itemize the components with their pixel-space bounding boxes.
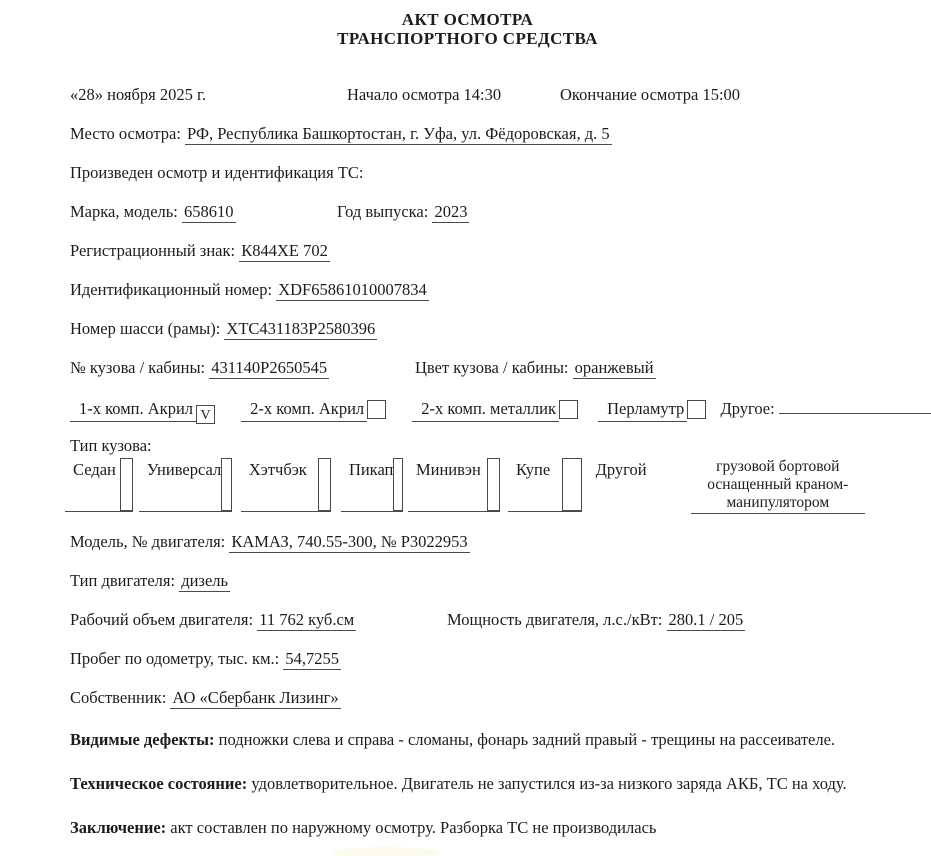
date-row: «28» ноября 2025 г. Начало осмотра 14:30… — [70, 85, 865, 105]
bottom-photo-edge-artifact — [332, 847, 440, 856]
paint-option-metallic-2k: 2-х комп. металлик — [412, 398, 578, 422]
body-type-other-value: грузовой бортовой оснащенный краном- ман… — [691, 458, 865, 514]
paint-option-label: 1-х комп. Акрил — [70, 398, 196, 422]
vehicle-inspection-act-document: АКТ ОСМОТРА ТРАНСПОРТНОГО СРЕДСТВА «28» … — [0, 0, 931, 856]
body-type-option-label: Универсал — [139, 458, 221, 511]
year-pair: Год выпуска: 2023 — [337, 202, 469, 222]
paint-option-pearl: Перламутр — [598, 398, 706, 422]
chassis-value: XTC431183P2580396 — [224, 319, 377, 340]
paint-option-label: 2-х комп. Акрил — [241, 398, 367, 422]
owner-value: АО «Сбербанк Лизинг» — [170, 688, 340, 709]
body-type-cell-pickup: Пикап — [341, 458, 403, 512]
color-label: Цвет кузова / кабины: — [415, 358, 569, 377]
make-year-row: Марка, модель: 658610 Год выпуска: 2023 — [70, 202, 865, 222]
defects-text: подножки слева и справа - сломаны, фонар… — [219, 730, 835, 749]
paint-option-label: 2-х комп. металлик — [412, 398, 559, 422]
body-type-cell-coupe: Купе — [508, 458, 582, 512]
chassis-label: Номер шасси (рамы): — [70, 319, 220, 338]
color-value: оранжевый — [573, 358, 656, 379]
body-number-label: № кузова / кабины: — [70, 358, 205, 377]
engine-power-label: Мощность двигателя, л.с./кВт: — [447, 610, 662, 629]
paint-checkbox-acryl-1k[interactable]: V — [196, 405, 215, 424]
paint-other-blank-field[interactable] — [779, 397, 931, 414]
body-type-checkbox-minivan[interactable] — [487, 458, 500, 511]
mileage-value: 54,7255 — [283, 649, 341, 670]
checkmark: V — [200, 408, 210, 423]
conclusion-text: акт составлен по наружному осмотру. Разб… — [170, 818, 656, 837]
body-type-label: Тип кузова: — [70, 436, 865, 456]
make-value: 658610 — [182, 202, 236, 223]
engine-power-pair: Мощность двигателя, л.с./кВт: 280.1 / 20… — [447, 610, 745, 630]
paint-option-acryl-1k: 1-х комп. АкрилV — [70, 398, 215, 424]
other-value-line-3: манипулятором — [726, 494, 829, 511]
reg-row: Регистрационный знак: К844ХЕ 702 — [70, 241, 865, 261]
reg-value: К844ХЕ 702 — [239, 241, 330, 262]
vin-value: XDF65861010007834 — [276, 280, 429, 301]
inspection-date: «28» ноября 2025 г. — [70, 85, 206, 104]
body-type-option-label: Седан — [65, 458, 116, 511]
vin-label: Идентификационный номер: — [70, 280, 272, 299]
defects-paragraph: Видимые дефекты: подножки слева и справа… — [70, 727, 865, 753]
engine-type-row: Тип двигателя: дизель — [70, 571, 865, 591]
paint-checkbox-pearl[interactable] — [687, 400, 706, 419]
other-value-line-2: оснащенный краном- — [707, 476, 848, 493]
place-label: Место осмотра: — [70, 124, 181, 143]
body-type-checkbox-sedan[interactable] — [120, 458, 133, 511]
body-number-value: 431140P2650545 — [209, 358, 329, 379]
paint-checkbox-metallic-2k[interactable] — [559, 400, 578, 419]
engine-type-label: Тип двигателя: — [70, 571, 175, 590]
document-title: АКТ ОСМОТРА ТРАНСПОРТНОГО СРЕДСТВА — [70, 10, 865, 48]
condition-text: удовлетворительное. Двигатель не запусти… — [251, 774, 846, 793]
paint-other-label: Другое: — [720, 399, 774, 418]
vin-row: Идентификационный номер: XDF658610100078… — [70, 280, 865, 300]
body-type-option-label: Хэтчбэк — [241, 458, 307, 511]
place-value: РФ, Республика Башкортостан, г. Уфа, ул.… — [185, 124, 612, 145]
body-type-checkbox-hatchback[interactable] — [318, 458, 331, 511]
paint-checkbox-acryl-2k[interactable] — [367, 400, 386, 419]
chassis-row: Номер шасси (рамы): XTC431183P2580396 — [70, 319, 865, 339]
body-type-checkbox-pickup[interactable] — [393, 458, 403, 511]
body-type-option-label: Минивэн — [408, 458, 481, 511]
body-type-option-label: Пикап — [341, 458, 393, 511]
title-line-1: АКТ ОСМОТРА — [70, 10, 865, 29]
body-type-checkbox-wagon[interactable] — [221, 458, 232, 511]
mileage-row: Пробег по одометру, тыс. км.: 54,7255 — [70, 649, 865, 669]
place-row: Место осмотра: РФ, Республика Башкортост… — [70, 124, 865, 144]
body-type-option-label: Купе — [508, 458, 550, 511]
body-number-row: № кузова / кабины: 431140P2650545 Цвет к… — [70, 358, 865, 378]
conclusion-label: Заключение: — [70, 818, 166, 837]
engine-model-row: Модель, № двигателя: КАМАЗ, 740.55-300, … — [70, 532, 865, 552]
reg-label: Регистрационный знак: — [70, 241, 235, 260]
color-pair: Цвет кузова / кабины: оранжевый — [415, 358, 656, 378]
defects-label: Видимые дефекты: — [70, 730, 215, 749]
inspection-end-time: Окончание осмотра 15:00 — [560, 85, 740, 105]
paint-option-label: Перламутр — [598, 398, 687, 422]
year-label: Год выпуска: — [337, 202, 428, 221]
paint-type-row: 1-х комп. АкрилV 2-х комп. Акрил 2-х ком… — [70, 397, 865, 424]
engine-model-label: Модель, № двигателя: — [70, 532, 225, 551]
engine-type-value: дизель — [179, 571, 230, 592]
owner-row: Собственник: АО «Сбербанк Лизинг» — [70, 688, 865, 708]
body-type-cell-minivan: Минивэн — [408, 458, 500, 512]
intro-text: Произведен осмотр и идентификация ТС: — [70, 163, 364, 182]
other-value-line-1: грузовой бортовой — [716, 458, 839, 475]
engine-model-value: КАМАЗ, 740.55-300, № Р3022953 — [229, 532, 469, 553]
year-value: 2023 — [432, 202, 469, 223]
mileage-label: Пробег по одометру, тыс. км.: — [70, 649, 279, 668]
owner-label: Собственник: — [70, 688, 166, 707]
body-type-row: Седан Универсал Хэтчбэк Пикап Минивэн Ку… — [65, 458, 865, 514]
conclusion-paragraph: Заключение: акт составлен по наружному о… — [70, 815, 865, 841]
body-type-checkbox-coupe[interactable] — [562, 458, 582, 511]
condition-label: Техническое состояние: — [70, 774, 247, 793]
body-type-cell-sedan: Седан — [65, 458, 133, 512]
engine-volume-value: 11 762 куб.см — [257, 610, 356, 631]
intro-row: Произведен осмотр и идентификация ТС: — [70, 163, 865, 183]
body-type-cell-wagon: Универсал — [139, 458, 232, 512]
body-type-cell-hatchback: Хэтчбэк — [241, 458, 331, 512]
engine-volume-row: Рабочий объем двигателя: 11 762 куб.см М… — [70, 610, 865, 630]
paint-option-acryl-2k: 2-х комп. Акрил — [241, 398, 386, 422]
make-label: Марка, модель: — [70, 202, 178, 221]
body-type-other-label: Другой — [582, 458, 647, 479]
inspection-start-time: Начало осмотра 14:30 — [347, 85, 501, 105]
engine-volume-label: Рабочий объем двигателя: — [70, 610, 253, 629]
condition-paragraph: Техническое состояние: удовлетворительно… — [70, 771, 865, 797]
title-line-2: ТРАНСПОРТНОГО СРЕДСТВА — [70, 29, 865, 48]
engine-power-value: 280.1 / 205 — [667, 610, 746, 631]
